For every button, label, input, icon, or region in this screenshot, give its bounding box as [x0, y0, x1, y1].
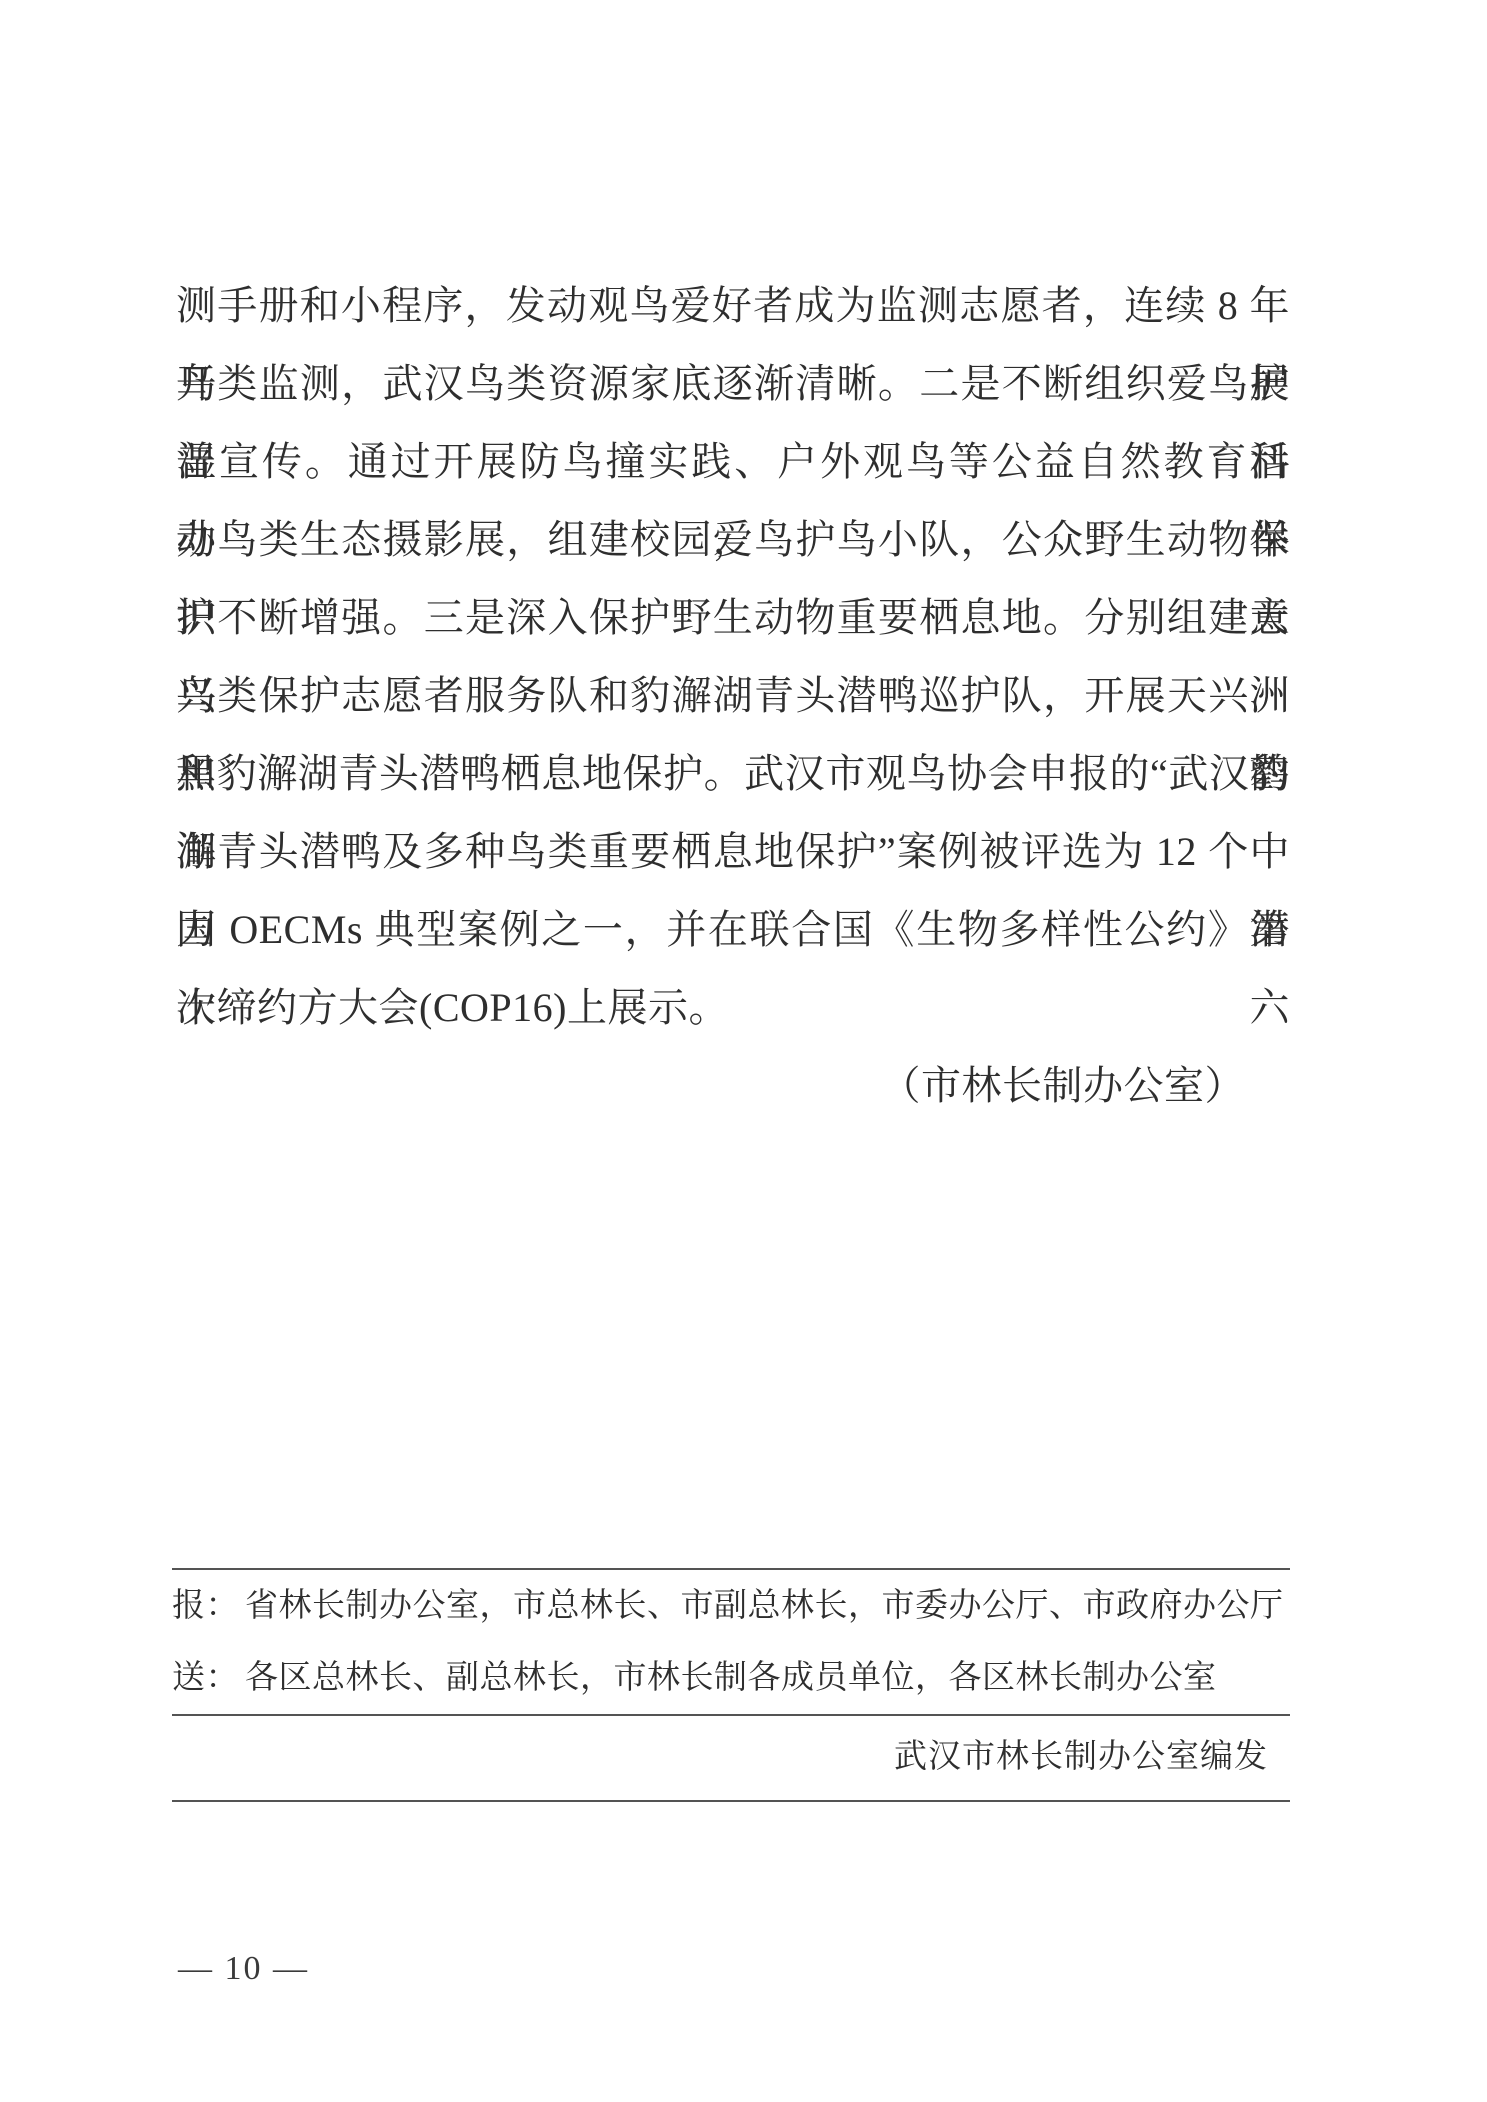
- document-page: 测手册和小程序，发动观鸟爱好者成为监测志愿者，连续 8 年开展 鸟类监测，武汉鸟…: [0, 0, 1487, 2102]
- report-label: 报：: [172, 1570, 239, 1642]
- body-line: 鸟类监测，武汉鸟类资源家底逐渐清晰。二是不断组织爱鸟护湿科: [176, 345, 1290, 423]
- issuer-row: 武汉市林长制办公室编发: [172, 1714, 1290, 1802]
- body-line: 湖青头潜鸭及多种鸟类重要栖息地保护”案例被评选为 12 个中国潜: [176, 813, 1290, 891]
- body-line: 测手册和小程序，发动观鸟爱好者成为监测志愿者，连续 8 年开展: [176, 267, 1290, 345]
- body-line: 和豹澥湖青头潜鸭栖息地保护。武汉市观鸟协会申报的“武汉豹澥: [176, 735, 1290, 813]
- body-line: 普宣传。通过开展防鸟撞实践、户外观鸟等公益自然教育活动，举: [176, 423, 1290, 501]
- signature-line: （市林长制办公室）: [176, 1047, 1290, 1125]
- distribution-block: 报：省林长制办公室，市总林长、市副总林长，市委办公厅、市政府办公厅 送：各区总林…: [172, 1568, 1290, 1716]
- body-paragraph: 测手册和小程序，发动观鸟爱好者成为监测志愿者，连续 8 年开展 鸟类监测，武汉鸟…: [176, 267, 1290, 1125]
- body-line: 办鸟类生态摄影展，组建校园爱鸟护鸟小队，公众野生动物保护意: [176, 501, 1290, 579]
- report-row: 报：省林长制办公室，市总林长、市副总林长，市委办公厅、市政府办公厅: [172, 1570, 1290, 1642]
- page-number: — 10 —: [178, 1950, 309, 1988]
- issuer-text: 武汉市林长制办公室编发: [894, 1739, 1268, 1775]
- send-recipients: 各区总林长、副总林长，市林长制各成员单位，各区林长制办公室: [245, 1660, 1217, 1696]
- report-recipients: 省林长制办公室，市总林长、市副总林长，市委办公厅、市政府办公厅: [245, 1588, 1284, 1624]
- send-label: 送：: [172, 1642, 239, 1714]
- body-line: 鸟类保护志愿者服务队和豹澥湖青头潜鸭巡护队，开展天兴洲黑鹳: [176, 657, 1290, 735]
- send-row: 送：各区总林长、副总林长，市林长制各成员单位，各区林长制办公室: [172, 1642, 1290, 1714]
- body-line: 力 OECMs 典型案例之一，并在联合国《生物多样性公约》第十六: [176, 891, 1290, 969]
- body-line: 识不断增强。三是深入保护野生动物重要栖息地。分别组建天兴洲: [176, 579, 1290, 657]
